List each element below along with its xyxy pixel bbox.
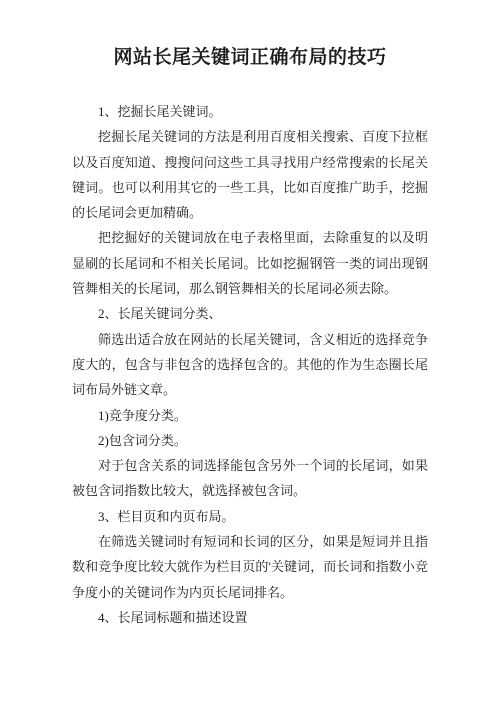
document-title: 网站长尾关键词正确布局的技巧 [72,44,428,72]
paragraph-3-heading: 3、栏目页和内页布局。 [72,504,428,529]
document-page: 网站长尾关键词正确布局的技巧 1、挖掘长尾关键词。 挖掘长尾关键词的方法是利用百… [0,0,500,708]
paragraph-3-text: 在筛选关键词时有短词和长词的区分，如果是短词并且指数和竞争度比较大就作为栏目页的… [72,529,428,605]
paragraph-1-heading: 1、挖掘长尾关键词。 [72,99,428,124]
paragraph-2-item-2: 2)包含词分类。 [72,428,428,453]
paragraph-2-item-1: 1)竞争度分类。 [72,403,428,428]
paragraph-1-text-a: 挖掘长尾关键词的方法是利用百度相关搜索、百度下拉框以及百度知道、搜搜问问这些工具… [72,124,428,225]
paragraph-2-text: 筛选出适合放在网站的长尾关键词，含义相近的选择竞争度大的，包含与非包含的选择包含… [72,327,428,403]
document-body: 1、挖掘长尾关键词。 挖掘长尾关键词的方法是利用百度相关搜索、百度下拉框以及百度… [72,99,428,630]
paragraph-4-heading: 4、长尾词标题和描述设置 [72,605,428,630]
paragraph-1-text-b: 把挖掘好的关键词放在电子表格里面，去除重复的以及明显刷的长尾词和不相关长尾词。比… [72,225,428,301]
paragraph-2-heading: 2、长尾关键词分类、 [72,301,428,326]
paragraph-2-item-text: 对于包含关系的词选择能包含另外一个词的长尾词，如果被包含词指数比较大，就选择被包… [72,453,428,504]
